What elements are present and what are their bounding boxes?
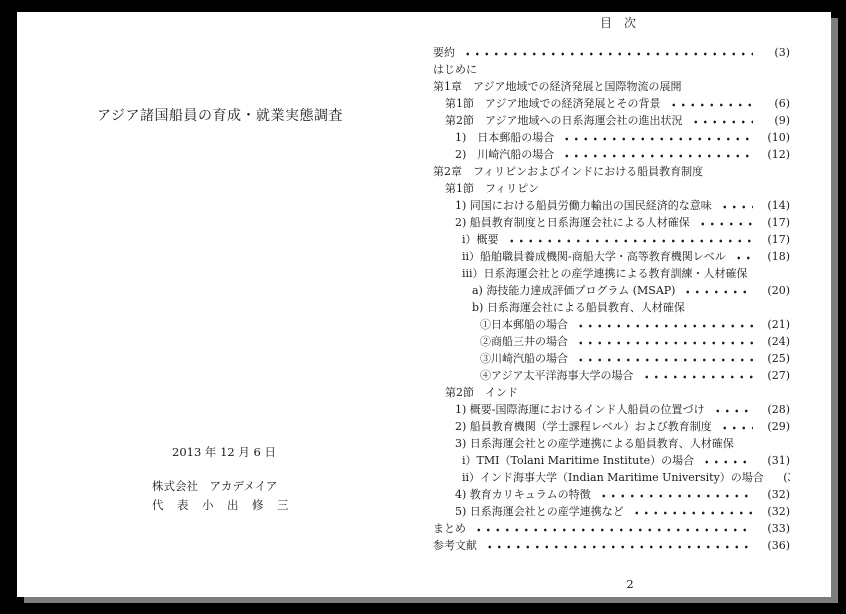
toc-entry: はじめに <box>433 61 790 78</box>
toc-entry: ii）船舶職員養成機関-商船大学・高等教育機関レベル (18) <box>433 248 790 265</box>
toc-entry: ①日本郵船の場合 (21) <box>433 316 790 333</box>
toc-leader-dots <box>629 503 753 520</box>
toc-entry-label: 1) 同国における船員労働力輸出の国民経済的な意味 <box>455 197 712 214</box>
toc-entry: i）概要 (17) <box>433 231 790 248</box>
toc-entry: 第2章 フィリピンおよびインドにおける船員教育制度 <box>433 163 790 180</box>
toc-entry: 第1章 アジア地域での経済発展と国際物流の展開 <box>433 78 790 95</box>
toc-entry: 参考文献 (36) <box>433 537 790 554</box>
toc-entry-label: はじめに <box>433 61 477 78</box>
company-name: 株式会社 アカデメイア <box>152 478 277 494</box>
toc-entry-page: (9) <box>756 112 790 129</box>
toc-entry: 第1節 アジア地域での経済発展とその背景 (6) <box>433 95 790 112</box>
toc-entry: 1) 日本郵船の場合 (10) <box>433 129 790 146</box>
toc-entry-label: 第2節 アジア地域への日系海運会社の進出状況 <box>445 112 683 129</box>
toc-entry: 第2節 アジア地域への日系海運会社の進出状況 (9) <box>433 112 790 129</box>
toc-leader-dots <box>559 129 753 146</box>
toc-entry: iii）日系海運会社との産学連携による教育訓練・人材確保 <box>433 265 790 282</box>
toc-entry: まとめ (33) <box>433 520 790 537</box>
toc-leader-dots <box>460 44 753 61</box>
toc-leader-dots <box>731 248 753 265</box>
toc-entry-page: (17) <box>756 214 790 231</box>
toc-entry-page: (32) <box>756 486 790 503</box>
toc-leader-dots <box>471 520 753 537</box>
toc-entry: ii）インド海事大学（Indian Maritime University）の場… <box>433 469 790 486</box>
toc-entry-page: (28) <box>756 401 790 418</box>
toc-leader-dots <box>482 537 753 554</box>
representative-name: 代 表 小 出 修 三 <box>152 497 290 513</box>
toc-leader-dots <box>573 333 753 350</box>
toc-leader-dots <box>559 146 753 163</box>
toc-entry-label: 第2節 インド <box>445 384 518 401</box>
toc-entry: b) 日系海運会社による船員教育、人材確保 <box>433 299 790 316</box>
toc-entry-label: ③川崎汽船の場合 <box>480 350 568 367</box>
toc-entry-label: 5) 日系海運会社との産学連携など <box>455 503 624 520</box>
toc-entry-page: (36) <box>756 537 790 554</box>
toc-leader-dots <box>717 197 753 214</box>
toc-leader-dots <box>504 231 753 248</box>
toc-entry: ③川崎汽船の場合 (25) <box>433 350 790 367</box>
toc-entry: ④アジア太平洋海事大学の場合 (27) <box>433 367 790 384</box>
toc-leader-dots <box>666 95 753 112</box>
toc-entry: i）TMI（Tolani Maritime Institute）の場合 (31) <box>433 452 790 469</box>
toc-heading: 目 次 <box>600 14 636 31</box>
toc-entry-page: (31) <box>756 452 790 469</box>
toc-entry-label: 参考文献 <box>433 537 477 554</box>
toc-entry-page: (14) <box>756 197 790 214</box>
toc-entry-page: (33) <box>756 520 790 537</box>
toc-entry: 2) 川崎汽船の場合 (12) <box>433 146 790 163</box>
toc-entry-label: 第1節 フィリピン <box>445 180 539 197</box>
toc-entry-label: まとめ <box>433 520 466 537</box>
toc-entry-label: ④アジア太平洋海事大学の場合 <box>480 367 634 384</box>
toc-entry-label: 第1章 アジア地域での経済発展と国際物流の展開 <box>433 78 682 95</box>
toc-entry-label: ii）船舶職員養成機関-商船大学・高等教育機関レベル <box>462 248 726 265</box>
toc-entry-page: (6) <box>756 95 790 112</box>
toc-leader-dots <box>573 350 753 367</box>
toc-entry-page: (17) <box>756 231 790 248</box>
toc-entry: 第1節 フィリピン <box>433 180 790 197</box>
toc-leader-dots <box>639 367 753 384</box>
scanned-page: アジア諸国船員の育成・就業実態調査 2013 年 12 月 6 日 株式会社 ア… <box>17 12 831 597</box>
toc-entry-page: (31) <box>772 469 790 486</box>
toc-entry-label: 2) 船員教育制度と日系海運会社による人材確保 <box>455 214 690 231</box>
toc-entry: 4) 教育カリキュラムの特徴 (32) <box>433 486 790 503</box>
page-number: 2 <box>580 577 680 591</box>
toc-entry-label: b) 日系海運会社による船員教育、人材確保 <box>472 299 685 316</box>
toc-leader-dots <box>688 112 753 129</box>
toc-leader-dots <box>699 452 753 469</box>
toc-list: 要約 (3) はじめに 第1章 アジア地域での経済発展と国際物流の展開 第1節 … <box>433 44 790 554</box>
toc-entry-label: 第1節 アジア地域での経済発展とその背景 <box>445 95 661 112</box>
toc-entry-label: a) 海技能力達成評価プログラム (MSAP) <box>472 282 675 299</box>
toc-entry-page: (18) <box>756 248 790 265</box>
toc-entry-label: 3) 日系海運会社との産学連携による船員教育、人材確保 <box>455 435 734 452</box>
toc-entry-label: ①日本郵船の場合 <box>480 316 568 333</box>
toc-entry-page: (24) <box>756 333 790 350</box>
toc-entry-label: 1) 概要-国際海運におけるインド人船員の位置づけ <box>455 401 705 418</box>
toc-leader-dots <box>680 282 753 299</box>
toc-entry: 要約 (3) <box>433 44 790 61</box>
toc-entry-page: (25) <box>756 350 790 367</box>
toc-leader-dots <box>695 214 753 231</box>
toc-entry: 1) 同国における船員労働力輸出の国民経済的な意味 (14) <box>433 197 790 214</box>
toc-entry-page: (20) <box>756 282 790 299</box>
toc-entry-label: i）TMI（Tolani Maritime Institute）の場合 <box>462 452 694 469</box>
toc-entry: 2) 船員教育制度と日系海運会社による人材確保 (17) <box>433 214 790 231</box>
toc-entry: 3) 日系海運会社との産学連携による船員教育、人材確保 <box>433 435 790 452</box>
toc-entry-page: (27) <box>756 367 790 384</box>
toc-entry-label: 4) 教育カリキュラムの特徴 <box>455 486 591 503</box>
toc-entry-label: i）概要 <box>462 231 499 248</box>
toc-leader-dots <box>596 486 753 503</box>
toc-entry-label: 2) 船員教育機関（学士課程レベル）および教育制度 <box>455 418 712 435</box>
toc-entry: 5) 日系海運会社との産学連携など (32) <box>433 503 790 520</box>
toc-leader-dots <box>710 401 753 418</box>
toc-entry-label: 1) 日本郵船の場合 <box>455 129 554 146</box>
toc-leader-dots <box>717 418 753 435</box>
toc-entry-page: (21) <box>756 316 790 333</box>
toc-entry-page: (29) <box>756 418 790 435</box>
toc-entry-page: (12) <box>756 146 790 163</box>
report-date: 2013 年 12 月 6 日 <box>172 444 276 460</box>
toc-entry-label: 第2章 フィリピンおよびインドにおける船員教育制度 <box>433 163 703 180</box>
toc-entry-label: 要約 <box>433 44 455 61</box>
toc-entry-label: 2) 川崎汽船の場合 <box>455 146 554 163</box>
toc-entry-page: (3) <box>756 44 790 61</box>
toc-entry: ②商船三井の場合 (24) <box>433 333 790 350</box>
toc-entry-label: ②商船三井の場合 <box>480 333 568 350</box>
toc-leader-dots <box>573 316 753 333</box>
toc-entry: 第2節 インド <box>433 384 790 401</box>
toc-entry-label: iii）日系海運会社との産学連携による教育訓練・人材確保 <box>462 265 748 282</box>
report-title: アジア諸国船員の育成・就業実態調査 <box>97 105 343 125</box>
toc-entry-page: (10) <box>756 129 790 146</box>
toc-entry: a) 海技能力達成評価プログラム (MSAP) (20) <box>433 282 790 299</box>
toc-entry-page: (32) <box>756 503 790 520</box>
toc-entry: 1) 概要-国際海運におけるインド人船員の位置づけ (28) <box>433 401 790 418</box>
toc-entry: 2) 船員教育機関（学士課程レベル）および教育制度 (29) <box>433 418 790 435</box>
toc-entry-label: ii）インド海事大学（Indian Maritime University）の場… <box>462 469 764 486</box>
